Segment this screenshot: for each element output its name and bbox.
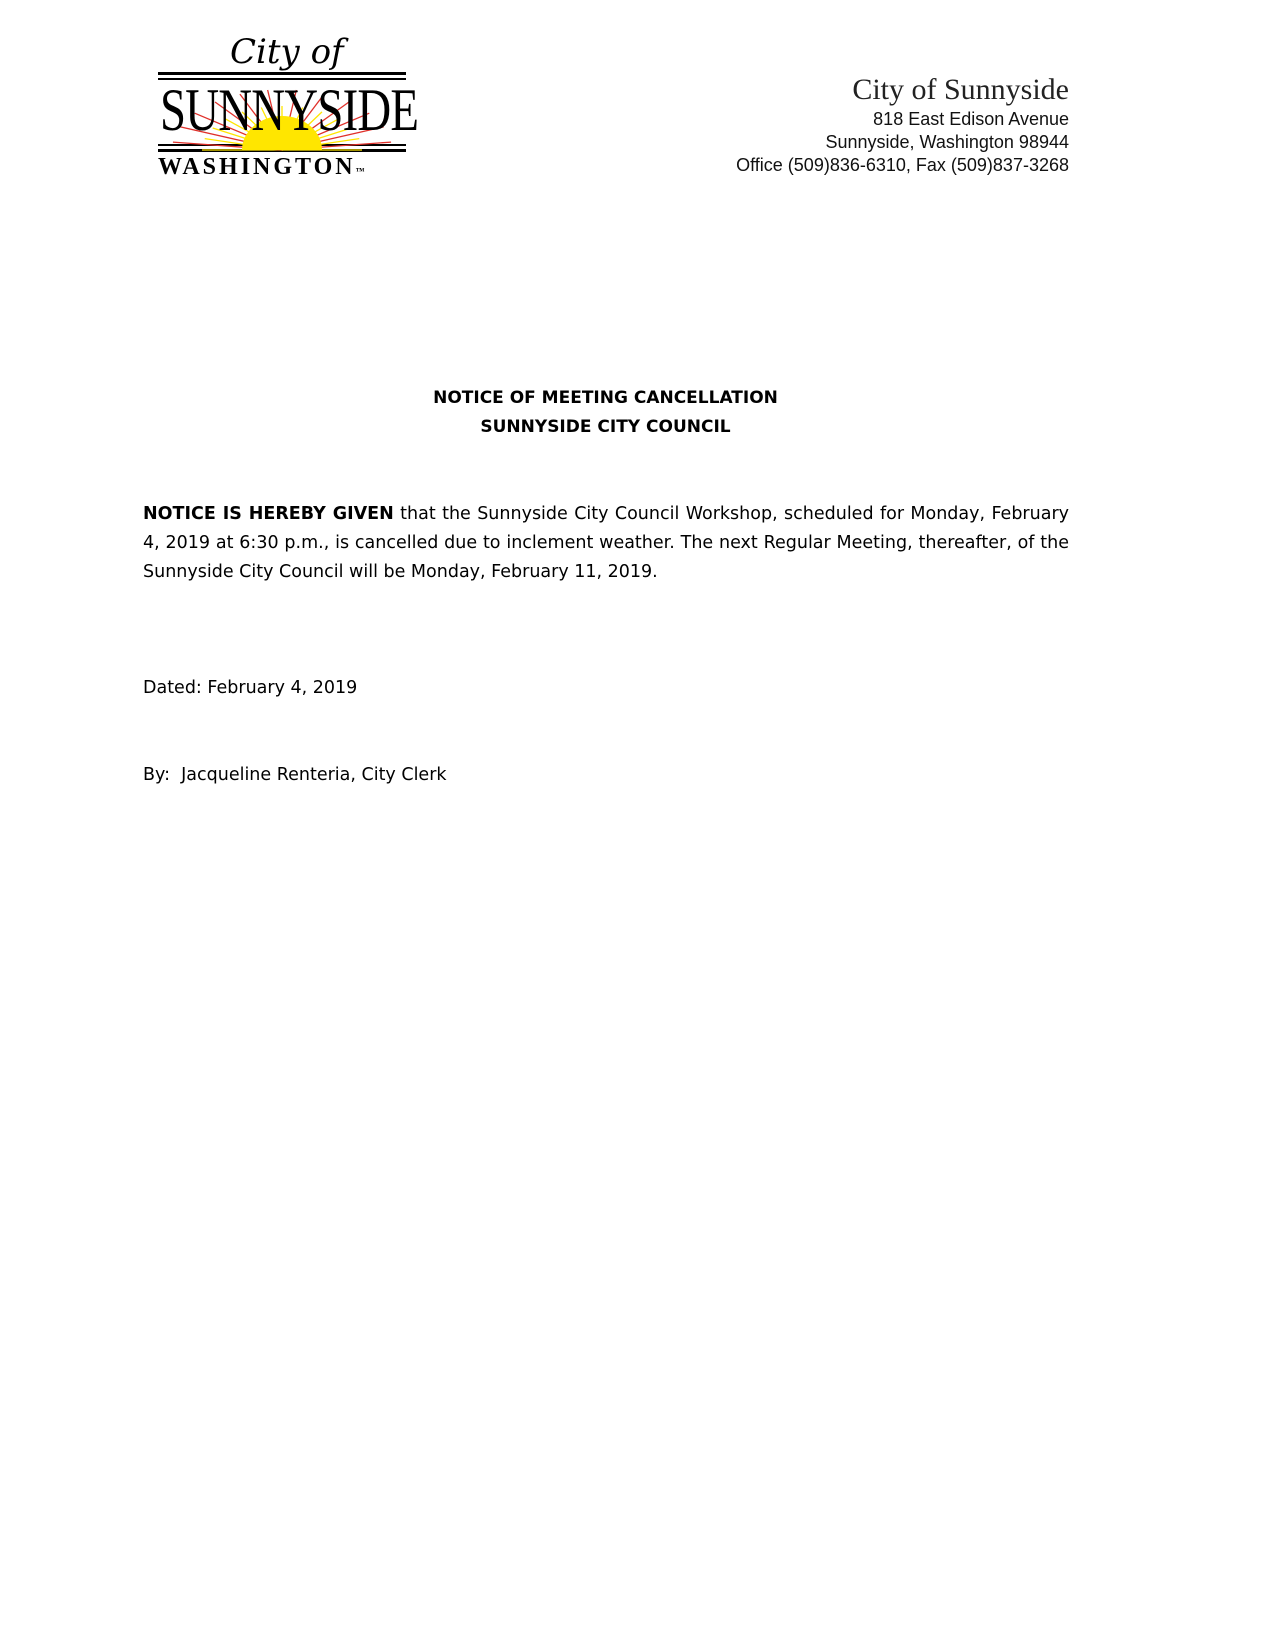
signed-by-line: By: Jacqueline Renteria, City Clerk [143, 761, 447, 790]
contact-phone-fax: Office (509)836-6310, Fax (509)837-3268 [736, 154, 1069, 177]
notice-lead: NOTICE IS HEREBY GIVEN [143, 504, 394, 524]
notice-subtitle: SUNNYSIDE CITY COUNCIL [0, 413, 1211, 442]
org-name: City of Sunnyside [736, 72, 1069, 108]
logo-state-text: WASHINGTON™ [158, 154, 365, 181]
address-street: 818 East Edison Avenue [736, 108, 1069, 131]
logo-main-text: SUNNYSIDE [160, 78, 352, 142]
notice-title: NOTICE OF MEETING CANCELLATION [0, 384, 1211, 413]
city-logo: City of SUNNYSIDE WASHINGTON™ [158, 32, 414, 182]
address-city: Sunnyside, Washington 98944 [736, 131, 1069, 154]
notice-heading: NOTICE OF MEETING CANCELLATION SUNNYSIDE… [0, 384, 1211, 442]
signature-block: Dated: February 4, 2019 By: Jacqueline R… [143, 616, 447, 819]
letterhead-address: City of Sunnyside 818 East Edison Avenue… [736, 72, 1069, 177]
logo-script-text: City of [230, 32, 344, 72]
notice-body: NOTICE IS HEREBY GIVEN that the Sunnysid… [143, 500, 1069, 587]
dated-line: Dated: February 4, 2019 [143, 674, 447, 703]
